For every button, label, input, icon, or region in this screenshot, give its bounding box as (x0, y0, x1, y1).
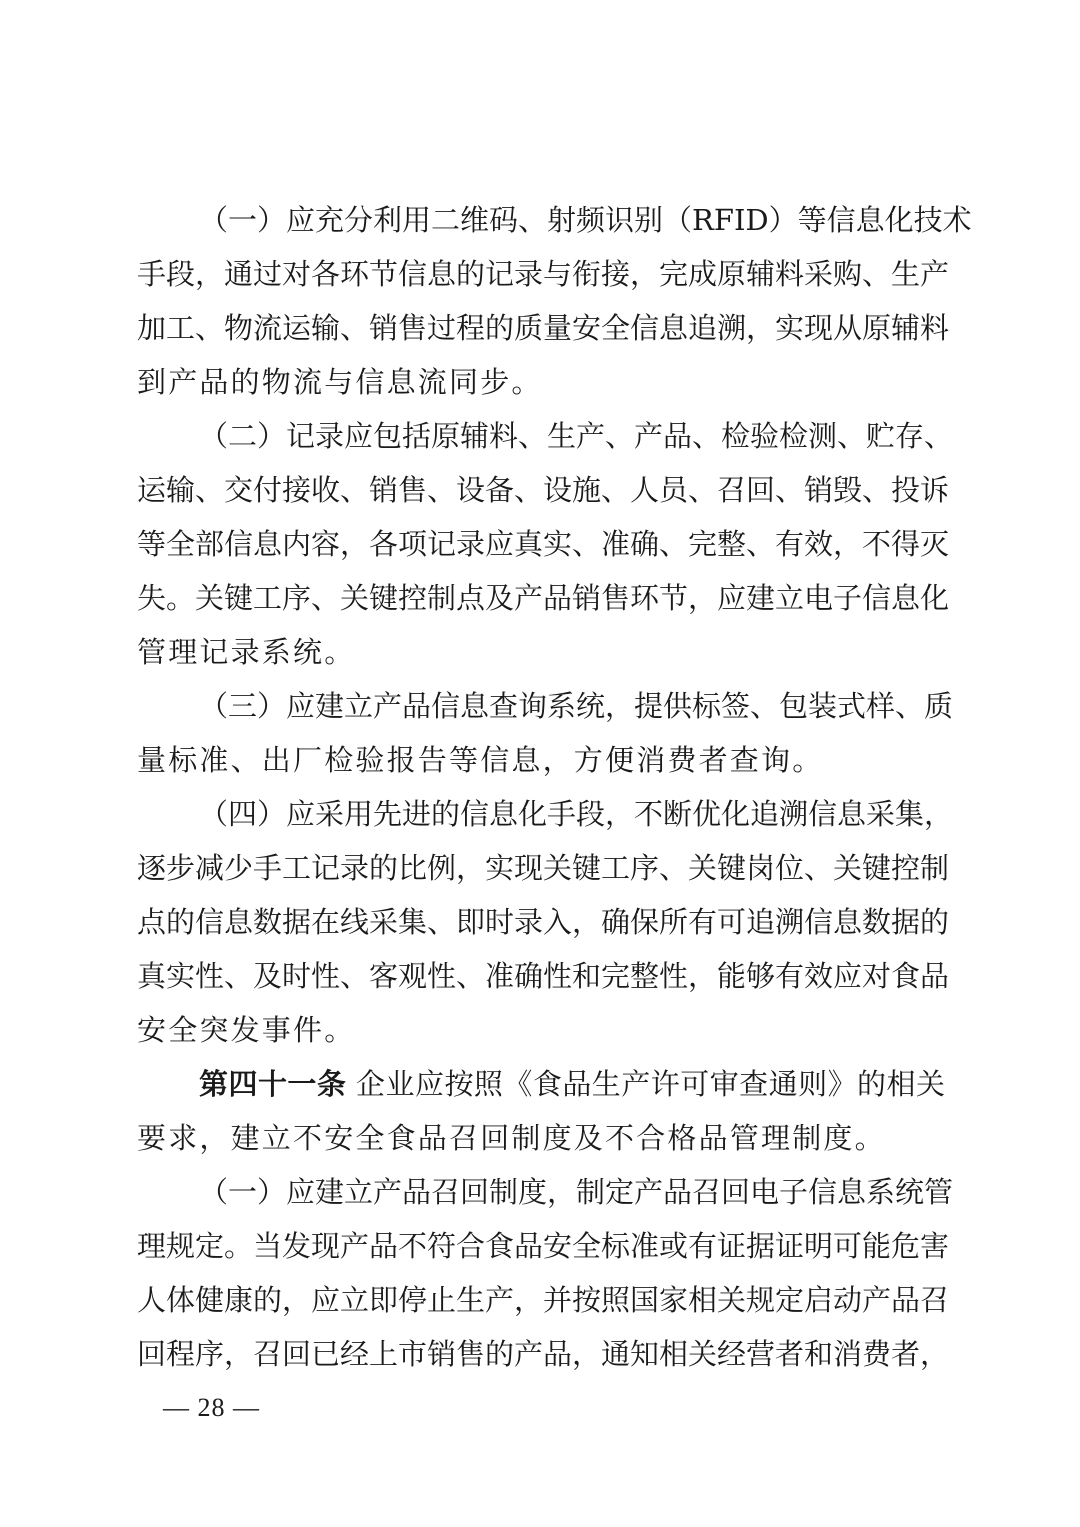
paragraph-traceability-tech: （一）应充分利用二维码、射频识别（RFID）等信息化技术 手段，通过对各环节信息… (137, 193, 945, 409)
text-line: 点的信息数据在线采集、即时录入，确保所有可追溯信息数据的 (137, 895, 945, 949)
text-line: 量标准、出厂检验报告等信息，方便消费者查询。 (137, 733, 945, 787)
text-line: 管理记录系统。 (137, 625, 945, 679)
text-line: 到产品的物流与信息流同步。 (137, 355, 945, 409)
text-line: 手段，通过对各环节信息的记录与衔接，完成原辅料采购、生产 (137, 247, 945, 301)
text-line: 回程序，召回已经上市销售的产品，通知相关经营者和消费者， (137, 1327, 945, 1381)
text-line: 真实性、及时性、客观性、准确性和完整性，能够有效应对食品 (137, 949, 945, 1003)
text-line: 运输、交付接收、销售、设备、设施、人员、召回、销毁、投诉 (137, 463, 945, 517)
text-line: 失。关键工序、关键控制点及产品销售环节，应建立电子信息化 (137, 571, 945, 625)
text-line: （一）应充分利用二维码、射频识别（RFID）等信息化技术 (137, 193, 945, 247)
text-line: 第四十一条 企业应按照《食品生产许可审查通则》的相关 (137, 1057, 945, 1111)
article-text: 企业应按照《食品生产许可审查通则》的相关 (346, 1067, 945, 1101)
text-line: 逐步减少手工记录的比例，实现关键工序、关键岗位、关键控制 (137, 841, 945, 895)
text-line: 安全突发事件。 (137, 1003, 945, 1057)
paragraph-recall-system: （一）应建立产品召回制度，制定产品召回电子信息系统管 理规定。当发现产品不符合食… (137, 1165, 945, 1381)
document-body: （一）应充分利用二维码、射频识别（RFID）等信息化技术 手段，通过对各环节信息… (137, 193, 945, 1381)
text-line: 理规定。当发现产品不符合食品安全标准或有证据证明可能危害 (137, 1219, 945, 1273)
text-line: （四）应采用先进的信息化手段，不断优化追溯信息采集， (137, 787, 945, 841)
page-number: — 28 — (163, 1393, 260, 1423)
text-line: 要求，建立不安全食品召回制度及不合格品管理制度。 (137, 1111, 945, 1165)
text-line: （二）记录应包括原辅料、生产、产品、检验检测、贮存、 (137, 409, 945, 463)
article-label: 第四十一条 (199, 1067, 346, 1101)
paragraph-query-system: （三）应建立产品信息查询系统，提供标签、包装式样、质 量标准、出厂检验报告等信息… (137, 679, 945, 787)
text-line: 人体健康的，应立即停止生产，并按照国家相关规定启动产品召 (137, 1273, 945, 1327)
text-line: （一）应建立产品召回制度，制定产品召回电子信息系统管 (137, 1165, 945, 1219)
text-line: 加工、物流运输、销售过程的质量安全信息追溯，实现从原辅料 (137, 301, 945, 355)
text-line: 等全部信息内容，各项记录应真实、准确、完整、有效，不得灭 (137, 517, 945, 571)
text-line: （三）应建立产品信息查询系统，提供标签、包装式样、质 (137, 679, 945, 733)
paragraph-advanced-info: （四）应采用先进的信息化手段，不断优化追溯信息采集， 逐步减少手工记录的比例，实… (137, 787, 945, 1057)
paragraph-records: （二）记录应包括原辅料、生产、产品、检验检测、贮存、 运输、交付接收、销售、设备… (137, 409, 945, 679)
article-41: 第四十一条 企业应按照《食品生产许可审查通则》的相关 要求，建立不安全食品召回制… (137, 1057, 945, 1165)
